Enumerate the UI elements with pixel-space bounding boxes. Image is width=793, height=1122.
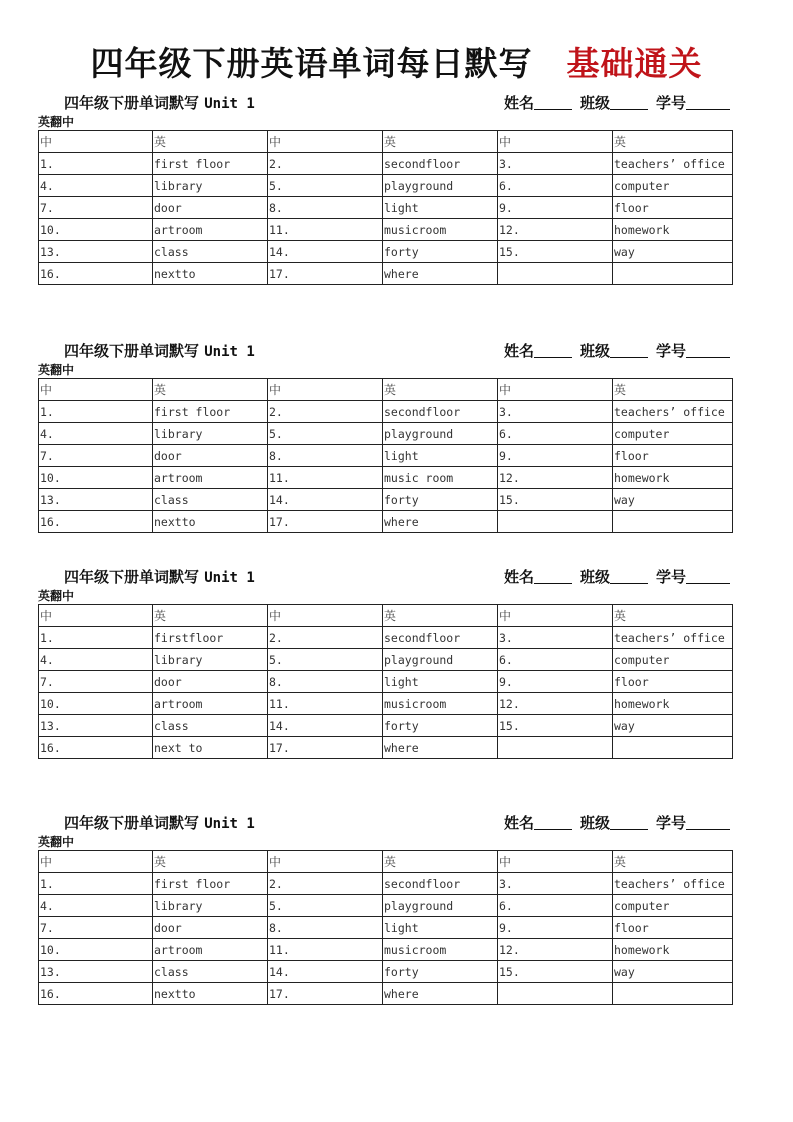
english-word-cell: door [153, 197, 268, 219]
chinese-answer-cell[interactable]: 4. [39, 649, 153, 671]
chinese-answer-cell[interactable]: 16. [39, 511, 153, 533]
class-label: 班级 [580, 814, 610, 832]
chinese-answer-cell[interactable]: 12. [498, 467, 613, 489]
name-label: 姓名 [504, 94, 534, 112]
english-word-cell: forty [383, 961, 498, 983]
section-subheading: 英翻中 [38, 114, 732, 130]
english-word-cell: first floor [153, 153, 268, 175]
dictation-section: 四年级下册单词默写 Unit 1 姓名班级学号 英翻中 中英中英中英1.firs… [38, 92, 732, 285]
chinese-answer-cell[interactable]: 11. [268, 939, 383, 961]
chinese-answer-cell[interactable]: 10. [39, 939, 153, 961]
chinese-answer-cell[interactable]: 15. [498, 241, 613, 263]
table-header-row: 中英中英中英 [39, 851, 733, 873]
name-blank[interactable] [534, 815, 572, 830]
chinese-answer-cell[interactable]: 5. [268, 423, 383, 445]
english-word-cell: class [153, 241, 268, 263]
section-heading: 四年级下册单词默写 [64, 94, 199, 112]
chinese-answer-cell[interactable]: 7. [39, 197, 153, 219]
section-subheading: 英翻中 [38, 362, 732, 378]
dictation-section: 四年级下册单词默写 Unit 1 姓名班级学号 英翻中 中英中英中英1.firs… [38, 566, 732, 759]
english-word-cell: computer [613, 649, 733, 671]
chinese-answer-cell[interactable]: 9. [498, 445, 613, 467]
student-info-fields: 姓名班级学号 [504, 566, 730, 587]
column-header: 英 [613, 851, 733, 873]
english-word-cell: firstfloor [153, 627, 268, 649]
column-header: 英 [613, 379, 733, 401]
english-word-cell: playground [383, 895, 498, 917]
dictation-section: 四年级下册单词默写 Unit 1 姓名班级学号 英翻中 中英中英中英1.firs… [38, 340, 732, 533]
chinese-answer-cell[interactable]: 17. [268, 983, 383, 1005]
chinese-answer-cell[interactable]: 2. [268, 873, 383, 895]
dictation-section: 四年级下册单词默写 Unit 1 姓名班级学号 英翻中 中英中英中英1.firs… [38, 812, 732, 1005]
chinese-answer-cell[interactable]: 14. [268, 961, 383, 983]
chinese-answer-cell[interactable]: 10. [39, 467, 153, 489]
name-label: 姓名 [504, 568, 534, 586]
english-word-cell [613, 511, 733, 533]
english-word-cell: computer [613, 175, 733, 197]
chinese-answer-cell[interactable]: 14. [268, 241, 383, 263]
column-header: 中 [498, 605, 613, 627]
english-word-cell: nextto [153, 263, 268, 285]
english-word-cell: computer [613, 423, 733, 445]
column-header: 英 [383, 379, 498, 401]
column-header: 中 [498, 379, 613, 401]
column-header: 中 [498, 131, 613, 153]
chinese-answer-cell[interactable]: 16. [39, 737, 153, 759]
name-label: 姓名 [504, 814, 534, 832]
english-word-cell: library [153, 895, 268, 917]
english-word-cell: secondfloor [383, 627, 498, 649]
vocabulary-table: 中英中英中英1.firstfloor2.secondfloor3.teacher… [38, 604, 733, 759]
english-word-cell: floor [613, 671, 733, 693]
chinese-answer-cell[interactable]: 2. [268, 153, 383, 175]
chinese-answer-cell[interactable]: 12. [498, 219, 613, 241]
table-row: 7.door8.light9.floor [39, 671, 733, 693]
english-word-cell: forty [383, 489, 498, 511]
vocabulary-table: 中英中英中英1.first floor2.secondfloor3.teache… [38, 378, 733, 533]
chinese-answer-cell[interactable]: 13. [39, 715, 153, 737]
unit-label: Unit 1 [204, 570, 255, 586]
table-row: 7.door8.light9.floor [39, 445, 733, 467]
chinese-answer-cell[interactable]: 5. [268, 895, 383, 917]
column-header: 英 [153, 379, 268, 401]
table-header-row: 中英中英中英 [39, 605, 733, 627]
chinese-answer-cell[interactable]: 14. [268, 715, 383, 737]
english-word-cell: nextto [153, 983, 268, 1005]
chinese-answer-cell[interactable]: 3. [498, 627, 613, 649]
chinese-answer-cell[interactable]: 1. [39, 873, 153, 895]
chinese-answer-cell[interactable]: 8. [268, 671, 383, 693]
column-header: 英 [153, 605, 268, 627]
document-title: 四年级下册英语单词每日默写基础通关 [0, 38, 793, 85]
english-word-cell: where [383, 737, 498, 759]
english-word-cell: way [613, 961, 733, 983]
chinese-answer-cell[interactable]: 16. [39, 983, 153, 1005]
english-word-cell: light [383, 197, 498, 219]
table-row: 10.artroom11.music room12.homework [39, 467, 733, 489]
id-blank[interactable] [686, 815, 730, 830]
column-header: 英 [383, 851, 498, 873]
chinese-answer-cell[interactable]: 10. [39, 219, 153, 241]
section-header: 四年级下册单词默写 Unit 1 姓名班级学号 [38, 566, 732, 588]
chinese-answer-cell[interactable]: 11. [268, 693, 383, 715]
chinese-answer-cell[interactable]: 3. [498, 153, 613, 175]
english-word-cell: floor [613, 445, 733, 467]
english-word-cell: secondfloor [383, 401, 498, 423]
chinese-answer-cell[interactable] [498, 263, 613, 285]
chinese-answer-cell[interactable]: 13. [39, 489, 153, 511]
english-word-cell: light [383, 445, 498, 467]
english-word-cell: playground [383, 649, 498, 671]
student-info-fields: 姓名班级学号 [504, 812, 730, 833]
section-title: 四年级下册单词默写 Unit 1 [64, 92, 255, 113]
english-word-cell: first floor [153, 401, 268, 423]
column-header: 中 [268, 605, 383, 627]
english-word-cell: light [383, 917, 498, 939]
chinese-answer-cell[interactable]: 4. [39, 175, 153, 197]
english-word-cell: secondfloor [383, 153, 498, 175]
unit-label: Unit 1 [204, 816, 255, 832]
column-header: 中 [39, 605, 153, 627]
english-word-cell: where [383, 263, 498, 285]
chinese-answer-cell[interactable]: 6. [498, 649, 613, 671]
table-row: 4.library5.playground6.computer [39, 649, 733, 671]
english-word-cell: artroom [153, 467, 268, 489]
table-row: 4.library5.playground6.computer [39, 423, 733, 445]
student-info-fields: 姓名班级学号 [504, 92, 730, 113]
english-word-cell: homework [613, 693, 733, 715]
section-subheading: 英翻中 [38, 834, 732, 850]
chinese-answer-cell[interactable]: 5. [268, 175, 383, 197]
class-blank[interactable] [610, 343, 648, 358]
title-accent: 基础通关 [567, 44, 703, 83]
english-word-cell: teachers’ office [613, 153, 733, 175]
section-title: 四年级下册单词默写 Unit 1 [64, 340, 255, 361]
chinese-answer-cell[interactable]: 1. [39, 627, 153, 649]
english-word-cell: playground [383, 423, 498, 445]
class-blank[interactable] [610, 815, 648, 830]
chinese-answer-cell[interactable]: 14. [268, 489, 383, 511]
title-main: 四年级下册英语单词每日默写 [91, 44, 533, 83]
english-word-cell: light [383, 671, 498, 693]
table-row: 7.door8.light9.floor [39, 197, 733, 219]
chinese-answer-cell[interactable]: 3. [498, 873, 613, 895]
table-row: 13.class14.forty15.way [39, 489, 733, 511]
chinese-answer-cell[interactable]: 15. [498, 715, 613, 737]
english-word-cell: musicroom [383, 939, 498, 961]
section-heading: 四年级下册单词默写 [64, 568, 199, 586]
section-header: 四年级下册单词默写 Unit 1 姓名班级学号 [38, 812, 732, 834]
english-word-cell: class [153, 715, 268, 737]
vocabulary-table: 中英中英中英1.first floor2.secondfloor3.teache… [38, 130, 733, 285]
english-word-cell [613, 737, 733, 759]
english-word-cell: next to [153, 737, 268, 759]
english-word-cell: teachers’ office [613, 401, 733, 423]
english-word-cell: teachers’ office [613, 873, 733, 895]
english-word-cell: forty [383, 241, 498, 263]
chinese-answer-cell[interactable]: 13. [39, 961, 153, 983]
english-word-cell: computer [613, 895, 733, 917]
english-word-cell: door [153, 671, 268, 693]
english-word-cell: where [383, 983, 498, 1005]
class-label: 班级 [580, 568, 610, 586]
table-row: 4.library5.playground6.computer [39, 175, 733, 197]
section-heading: 四年级下册单词默写 [64, 814, 199, 832]
column-header: 英 [613, 131, 733, 153]
name-label: 姓名 [504, 342, 534, 360]
english-word-cell: library [153, 423, 268, 445]
table-row: 16.next to17.where [39, 737, 733, 759]
name-blank[interactable] [534, 569, 572, 584]
chinese-answer-cell[interactable]: 4. [39, 895, 153, 917]
class-blank[interactable] [610, 95, 648, 110]
id-label: 学号 [656, 568, 686, 586]
id-label: 学号 [656, 342, 686, 360]
name-blank[interactable] [534, 343, 572, 358]
section-header: 四年级下册单词默写 Unit 1 姓名班级学号 [38, 340, 732, 362]
chinese-answer-cell[interactable]: 4. [39, 423, 153, 445]
class-label: 班级 [580, 94, 610, 112]
table-row: 7.door8.light9.floor [39, 917, 733, 939]
chinese-answer-cell[interactable]: 2. [268, 627, 383, 649]
english-word-cell: way [613, 489, 733, 511]
student-info-fields: 姓名班级学号 [504, 340, 730, 361]
english-word-cell: way [613, 715, 733, 737]
table-header-row: 中英中英中英 [39, 379, 733, 401]
column-header: 中 [39, 851, 153, 873]
chinese-answer-cell[interactable]: 17. [268, 511, 383, 533]
chinese-answer-cell[interactable]: 12. [498, 939, 613, 961]
english-word-cell: first floor [153, 873, 268, 895]
chinese-answer-cell[interactable]: 9. [498, 917, 613, 939]
chinese-answer-cell[interactable]: 17. [268, 263, 383, 285]
chinese-answer-cell[interactable]: 8. [268, 917, 383, 939]
chinese-answer-cell[interactable]: 7. [39, 671, 153, 693]
column-header: 中 [39, 131, 153, 153]
english-word-cell: teachers’ office [613, 627, 733, 649]
english-word-cell: nextto [153, 511, 268, 533]
column-header: 中 [498, 851, 613, 873]
english-word-cell [613, 983, 733, 1005]
table-row: 13.class14.forty15.way [39, 961, 733, 983]
section-header: 四年级下册单词默写 Unit 1 姓名班级学号 [38, 92, 732, 114]
chinese-answer-cell[interactable]: 13. [39, 241, 153, 263]
chinese-answer-cell[interactable] [498, 983, 613, 1005]
english-word-cell: music room [383, 467, 498, 489]
english-word-cell: artroom [153, 219, 268, 241]
chinese-answer-cell[interactable]: 17. [268, 737, 383, 759]
id-blank[interactable] [686, 95, 730, 110]
column-header: 英 [383, 605, 498, 627]
id-blank[interactable] [686, 569, 730, 584]
english-word-cell: artroom [153, 939, 268, 961]
chinese-answer-cell[interactable]: 1. [39, 401, 153, 423]
chinese-answer-cell[interactable]: 1. [39, 153, 153, 175]
table-row: 4.library5.playground6.computer [39, 895, 733, 917]
chinese-answer-cell[interactable]: 7. [39, 445, 153, 467]
english-word-cell: door [153, 445, 268, 467]
chinese-answer-cell[interactable]: 12. [498, 693, 613, 715]
chinese-answer-cell[interactable]: 2. [268, 401, 383, 423]
table-row: 10.artroom11.musicroom12.homework [39, 219, 733, 241]
english-word-cell: playground [383, 175, 498, 197]
id-label: 学号 [656, 94, 686, 112]
name-blank[interactable] [534, 95, 572, 110]
class-label: 班级 [580, 342, 610, 360]
chinese-answer-cell[interactable]: 10. [39, 693, 153, 715]
chinese-answer-cell[interactable]: 11. [268, 219, 383, 241]
english-word-cell: homework [613, 467, 733, 489]
table-row: 13.class14.forty15.way [39, 241, 733, 263]
table-row: 1.first floor2.secondfloor3.teachers’ of… [39, 401, 733, 423]
english-word-cell: homework [613, 939, 733, 961]
table-header-row: 中英中英中英 [39, 131, 733, 153]
chinese-answer-cell[interactable]: 7. [39, 917, 153, 939]
chinese-answer-cell[interactable]: 3. [498, 401, 613, 423]
table-row: 1.firstfloor2.secondfloor3.teachers’ off… [39, 627, 733, 649]
chinese-answer-cell[interactable]: 6. [498, 423, 613, 445]
chinese-answer-cell[interactable] [498, 737, 613, 759]
id-label: 学号 [656, 814, 686, 832]
chinese-answer-cell[interactable]: 5. [268, 649, 383, 671]
english-word-cell: way [613, 241, 733, 263]
table-row: 1.first floor2.secondfloor3.teachers’ of… [39, 873, 733, 895]
table-row: 16.nextto17.where [39, 511, 733, 533]
unit-label: Unit 1 [204, 344, 255, 360]
column-header: 英 [613, 605, 733, 627]
english-word-cell: artroom [153, 693, 268, 715]
unit-label: Unit 1 [204, 96, 255, 112]
vocabulary-table: 中英中英中英1.first floor2.secondfloor3.teache… [38, 850, 733, 1005]
table-row: 10.artroom11.musicroom12.homework [39, 693, 733, 715]
column-header: 中 [39, 379, 153, 401]
table-row: 13.class14.forty15.way [39, 715, 733, 737]
column-header: 英 [153, 851, 268, 873]
section-subheading: 英翻中 [38, 588, 732, 604]
chinese-answer-cell[interactable]: 9. [498, 197, 613, 219]
section-title: 四年级下册单词默写 Unit 1 [64, 566, 255, 587]
chinese-answer-cell[interactable]: 16. [39, 263, 153, 285]
section-heading: 四年级下册单词默写 [64, 342, 199, 360]
english-word-cell: secondfloor [383, 873, 498, 895]
chinese-answer-cell[interactable]: 6. [498, 895, 613, 917]
english-word-cell: where [383, 511, 498, 533]
column-header: 中 [268, 379, 383, 401]
column-header: 中 [268, 851, 383, 873]
table-row: 1.first floor2.secondfloor3.teachers’ of… [39, 153, 733, 175]
chinese-answer-cell[interactable]: 8. [268, 197, 383, 219]
class-blank[interactable] [610, 569, 648, 584]
english-word-cell: class [153, 489, 268, 511]
table-row: 16.nextto17.where [39, 263, 733, 285]
id-blank[interactable] [686, 343, 730, 358]
chinese-answer-cell[interactable]: 15. [498, 961, 613, 983]
table-row: 10.artroom11.musicroom12.homework [39, 939, 733, 961]
chinese-answer-cell[interactable]: 8. [268, 445, 383, 467]
english-word-cell: floor [613, 917, 733, 939]
english-word-cell: musicroom [383, 693, 498, 715]
english-word-cell: class [153, 961, 268, 983]
table-row: 16.nextto17.where [39, 983, 733, 1005]
chinese-answer-cell[interactable] [498, 511, 613, 533]
column-header: 中 [268, 131, 383, 153]
english-word-cell: door [153, 917, 268, 939]
chinese-answer-cell[interactable]: 6. [498, 175, 613, 197]
chinese-answer-cell[interactable]: 9. [498, 671, 613, 693]
english-word-cell: forty [383, 715, 498, 737]
english-word-cell [613, 263, 733, 285]
chinese-answer-cell[interactable]: 15. [498, 489, 613, 511]
section-title: 四年级下册单词默写 Unit 1 [64, 812, 255, 833]
english-word-cell: library [153, 649, 268, 671]
english-word-cell: library [153, 175, 268, 197]
column-header: 英 [153, 131, 268, 153]
chinese-answer-cell[interactable]: 11. [268, 467, 383, 489]
english-word-cell: homework [613, 219, 733, 241]
column-header: 英 [383, 131, 498, 153]
english-word-cell: musicroom [383, 219, 498, 241]
english-word-cell: floor [613, 197, 733, 219]
